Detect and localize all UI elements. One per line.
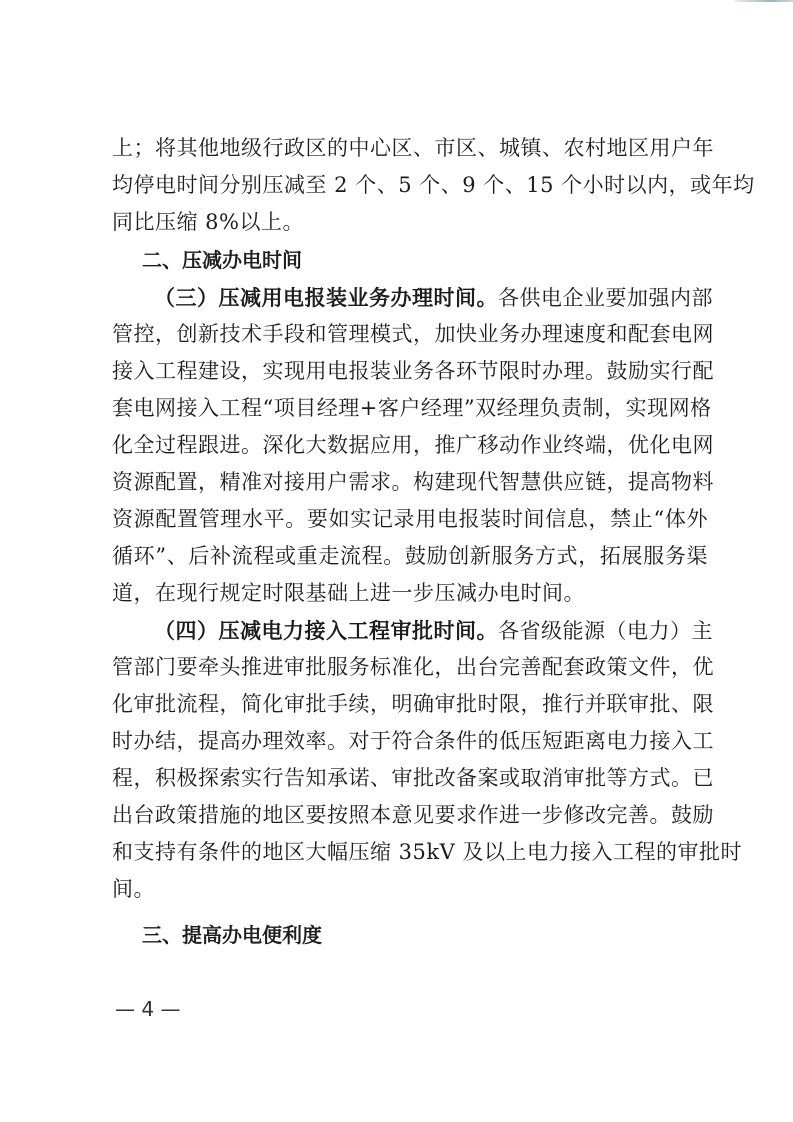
text-line: 资源配置管理水平。要如实记录用电报装时间信息，禁止“体外 (112, 501, 708, 538)
document-page: 上；将其他地级行政区的中心区、市区、城镇、农村地区用户年 均停电时间分别压减至 … (112, 130, 708, 954)
section-3-first-line-text: 各供电企业要加强内部 (498, 286, 713, 310)
text-line: 道，在现行规定时限基础上进一步压减办电时间。 (112, 575, 708, 612)
text-line: 出台政策措施的地区要按照本意见要求作进一步修改完善。鼓励 (112, 797, 708, 834)
text-line: 化全过程跟进。深化大数据应用，推广移动作业终端，优化电网 (112, 427, 708, 464)
text-line: 套电网接入工程“项目经理+客户经理”双经理负责制，实现网格 (112, 390, 708, 427)
section-4-first-line-text: 各省级能源（电力）主 (498, 619, 713, 643)
text-line: 均停电时间分别压减至 2 个、5 个、9 个、15 个小时以内，或年均 (112, 167, 708, 204)
section-3-title: （三）压减用电报装业务办理时间。 (154, 285, 498, 310)
text-line: 管控，创新技术手段和管理模式，加快业务办理速度和配套电网 (112, 316, 708, 353)
text-line: 资源配置，精准对接用户需求。构建现代智慧供应链，提高物料 (112, 464, 708, 501)
text-line: 同比压缩 8%以上。 (112, 204, 708, 241)
section-3-first-line: （三）压减用电报装业务办理时间。各供电企业要加强内部 (112, 279, 708, 316)
text-line: 程，积极探索实行告知承诺、审批改备案或取消审批等方式。已 (112, 760, 708, 797)
text-line: 接入工程建设，实现用电报装业务各环节限时办理。鼓励实行配 (112, 353, 708, 390)
text-line: 循环”、后补流程或重走流程。鼓励创新服务方式，拓展服务渠 (112, 538, 708, 575)
text-line: 化审批流程，简化审批手续，明确审批时限，推行并联审批、限 (112, 686, 708, 723)
text-line: 上；将其他地级行政区的中心区、市区、城镇、农村地区用户年 (112, 130, 708, 167)
text-line: 管部门要牵头推进审批服务标准化，出台完善配套政策文件，优 (112, 649, 708, 686)
page-number: — 4 — (115, 997, 180, 1021)
scan-edge-mark (735, 0, 793, 2)
section-4-first-line: （四）压减电力接入工程审批时间。各省级能源（电力）主 (112, 612, 708, 649)
section-heading-2: 二、压减办电时间 (112, 241, 708, 279)
text-line: 时办结，提高办理效率。对于符合条件的低压短距离电力接入工 (112, 723, 708, 760)
text-line: 间。 (112, 871, 708, 908)
section-4-title: （四）压减电力接入工程审批时间。 (154, 618, 498, 643)
section-heading-3: 三、提高办电便利度 (112, 916, 708, 954)
text-line: 和支持有条件的地区大幅压缩 35kV 及以上电力接入工程的审批时 (112, 834, 708, 871)
